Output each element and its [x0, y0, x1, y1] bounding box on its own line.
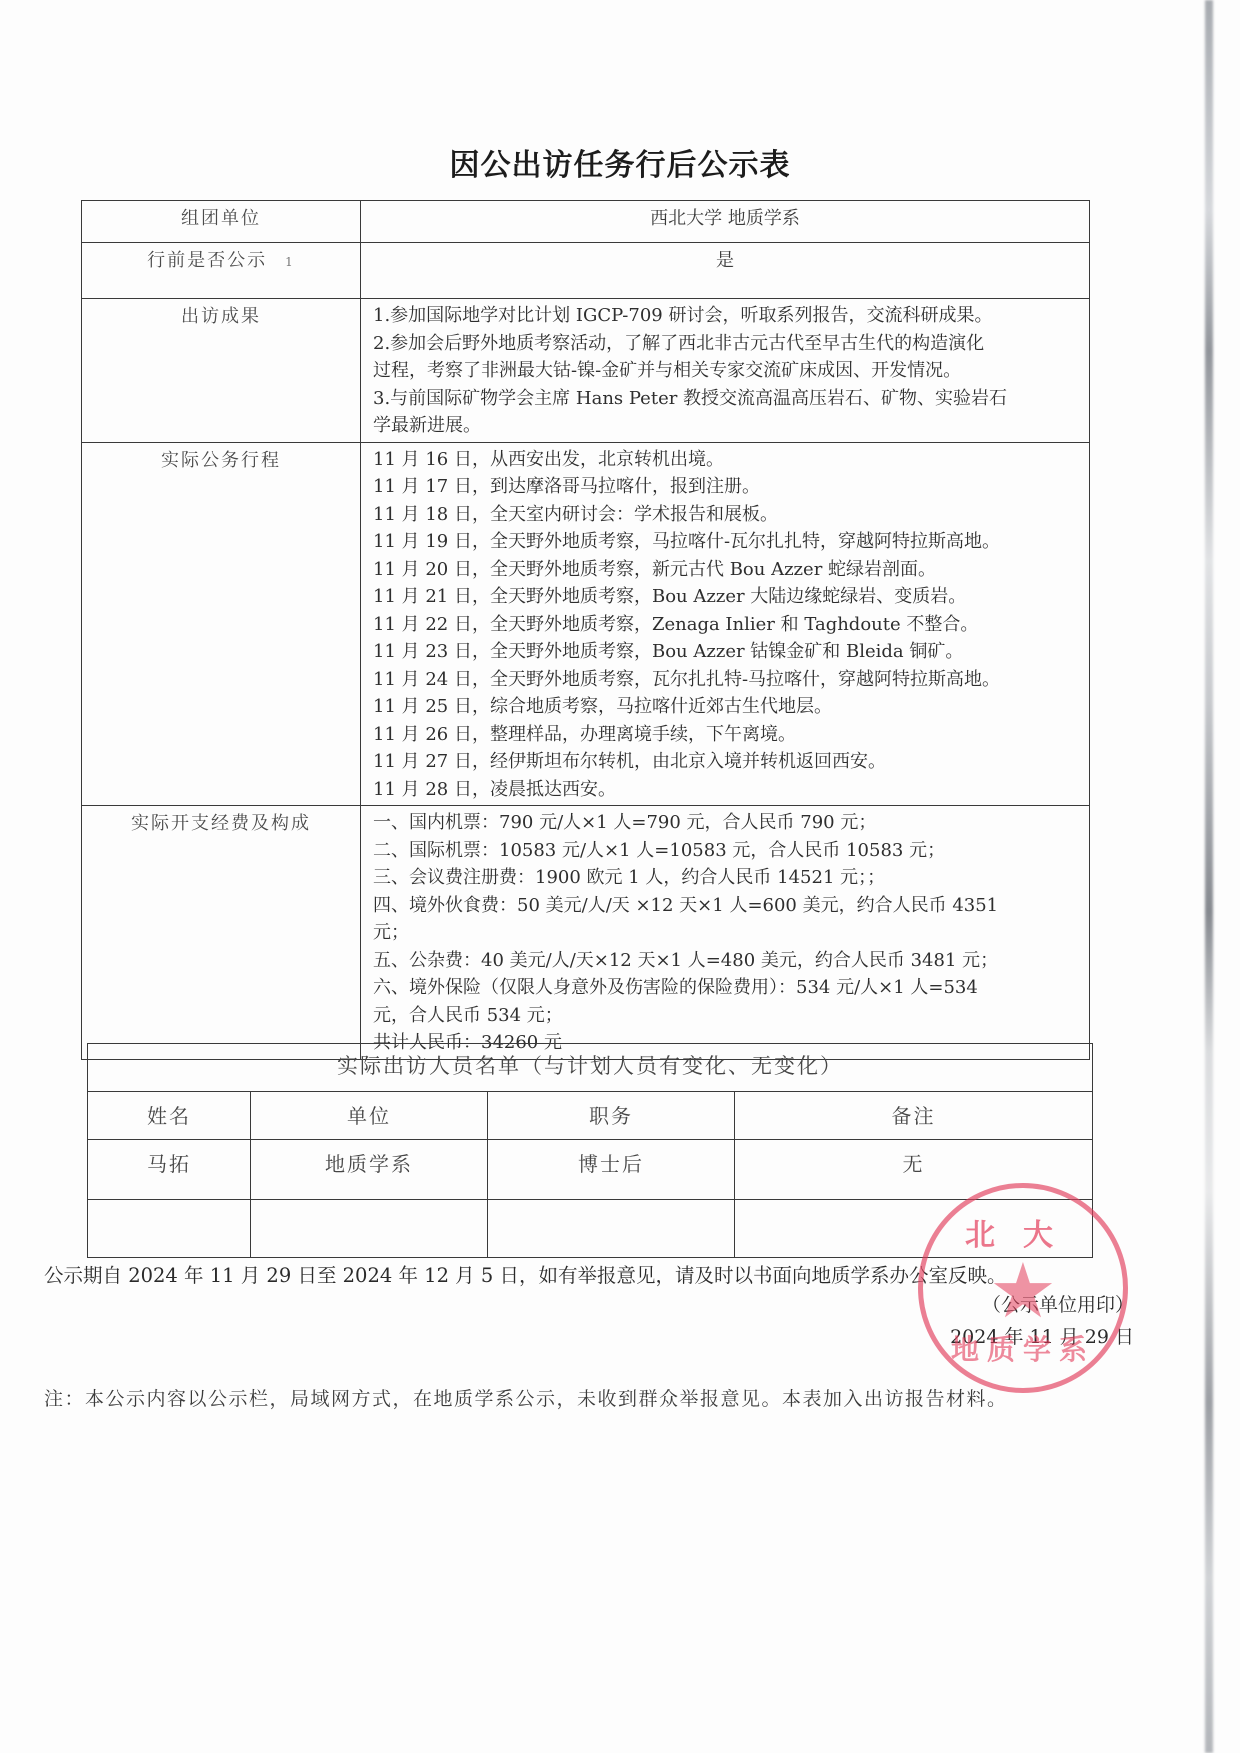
expense-line: 二、国际机票：10583 元/人×1 人=10583 元，合人民币 10583 …: [373, 837, 1079, 865]
publicity-period-notice: 公示期自 2024 年 11 月 29 日至 2024 年 12 月 5 日，如…: [44, 1260, 1184, 1288]
itinerary-line: 11 月 22 日，全天野外地质考察，Zenaga Inlier 和 Taghd…: [373, 611, 1079, 639]
group-unit-value: 西北大学 地质学系: [361, 201, 1090, 243]
column-header-unit: 单位: [251, 1092, 488, 1140]
personnel-table: 实际出访人员名单（与计划人员有变化、无变化） 姓名 单位 职务 备注 马拓 地质…: [87, 1043, 1093, 1258]
row-itinerary: 实际公务行程 11 月 16 日，从西安出发，北京转机出境。 11 月 17 日…: [82, 442, 1090, 806]
personnel-row-empty: [88, 1200, 1093, 1258]
personnel-header-row: 姓名 单位 职务 备注: [88, 1092, 1093, 1140]
row-expenses: 实际开支经费及构成 一、国内机票：790 元/人×1 人=790 元，合人民币 …: [82, 806, 1090, 1060]
document-title: 因公出访任务行后公示表: [0, 140, 1240, 184]
cell-unit: 地质学系: [251, 1140, 488, 1200]
pre-trip-publicity-value: 是: [361, 243, 1090, 299]
column-header-name: 姓名: [88, 1092, 251, 1140]
results-content: 1.参加国际地学对比计划 IGCP-709 研讨会，听取系列报告，交流科研成果。…: [361, 299, 1090, 443]
results-line: 3.与前国际矿物学会主席 Hans Peter 教授交流高温高压岩石、矿物、实验…: [373, 385, 1079, 413]
itinerary-line: 11 月 24 日，全天野外地质考察，瓦尔扎扎特-马拉喀什，穿越阿特拉斯高地。: [373, 666, 1079, 694]
results-line: 2.参加会后野外地质考察活动，了解了西北非古元古代至早古生代的构造演化: [373, 330, 1079, 358]
itinerary-content: 11 月 16 日，从西安出发，北京转机出境。 11 月 17 日，到达摩洛哥马…: [361, 442, 1090, 806]
itinerary-line: 11 月 21 日，全天野外地质考察，Bou Azzer 大陆边缘蛇绿岩、变质岩…: [373, 583, 1079, 611]
cell-unit: [251, 1200, 488, 1258]
expense-line: 三、会议费注册费：1900 欧元 1 人，约合人民币 14521 元；；: [373, 864, 1079, 892]
expense-line: 一、国内机票：790 元/人×1 人=790 元，合人民币 790 元；: [373, 809, 1079, 837]
publicity-form-table: 组团单位 西北大学 地质学系 行前是否公示1 是 出访成果 1.参加国际地学对比…: [81, 200, 1090, 1060]
expense-line: 四、境外伙食费：50 美元/人/天 ×12 天×1 人=600 美元，约合人民币…: [373, 892, 1079, 920]
expenses-content: 一、国内机票：790 元/人×1 人=790 元，合人民币 790 元； 二、国…: [361, 806, 1090, 1060]
itinerary-line: 11 月 19 日，全天野外地质考察，马拉喀什-瓦尔扎扎特，穿越阿特拉斯高地。: [373, 528, 1079, 556]
itinerary-line: 11 月 20 日，全天野外地质考察，新元古代 Bou Azzer 蛇绿岩剖面。: [373, 556, 1079, 584]
itinerary-line: 11 月 16 日，从西安出发，北京转机出境。: [373, 446, 1079, 474]
results-line: 过程，考察了非洲最大钴-镍-金矿并与相关专家交流矿床成因、开发情况。: [373, 357, 1079, 385]
results-line: 学最新进展。: [373, 412, 1079, 440]
itinerary-line: 11 月 28 日，凌晨抵达西安。: [373, 776, 1079, 804]
itinerary-label: 实际公务行程: [82, 442, 361, 806]
column-header-remarks: 备注: [735, 1092, 1093, 1140]
cell-remarks: 无: [735, 1140, 1093, 1200]
results-label: 出访成果: [82, 299, 361, 443]
personnel-row: 马拓 地质学系 博士后 无: [88, 1140, 1093, 1200]
row-group-unit: 组团单位 西北大学 地质学系: [82, 201, 1090, 243]
group-unit-label: 组团单位: [82, 201, 361, 243]
results-line: 1.参加国际地学对比计划 IGCP-709 研讨会，听取系列报告，交流科研成果。: [373, 302, 1079, 330]
stray-mark: 1: [285, 255, 295, 269]
expense-line: 元；: [373, 919, 1079, 947]
expense-line: 五、公杂费：40 美元/人/天×12 天×1 人=480 美元，约合人民币 34…: [373, 947, 1079, 975]
itinerary-line: 11 月 25 日，综合地质考察，马拉喀什近郊古生代地层。: [373, 693, 1079, 721]
row-pre-trip-publicity: 行前是否公示1 是: [82, 243, 1090, 299]
column-header-position: 职务: [488, 1092, 735, 1140]
itinerary-line: 11 月 18 日，全天室内研讨会：学术报告和展板。: [373, 501, 1079, 529]
itinerary-line: 11 月 17 日，到达摩洛哥马拉喀什，报到注册。: [373, 473, 1079, 501]
expense-line: 六、境外保险（仅限人身意外及伤害险的保险费用）：534 元/人×1 人=534: [373, 974, 1079, 1002]
footnote: 注：本公示内容以公示栏，局域网方式，在地质学系公示，未收到群众举报意见。本表加入…: [44, 1382, 1144, 1416]
cell-position: [488, 1200, 735, 1258]
personnel-heading-row: 实际出访人员名单（与计划人员有变化、无变化）: [88, 1044, 1093, 1092]
row-results: 出访成果 1.参加国际地学对比计划 IGCP-709 研讨会，听取系列报告，交流…: [82, 299, 1090, 443]
seal-date: 2024 年 11 月 29 日: [950, 1322, 1134, 1349]
expense-line: 元，合人民币 534 元；: [373, 1002, 1079, 1030]
seal-caption: （公示单位用印）: [982, 1290, 1134, 1317]
scan-edge-artifact: [1205, 0, 1213, 1753]
cell-position: 博士后: [488, 1140, 735, 1200]
cell-name: 马拓: [88, 1140, 251, 1200]
itinerary-line: 11 月 26 日，整理样品，办理离境手续，下午离境。: [373, 721, 1079, 749]
itinerary-line: 11 月 23 日，全天野外地质考察，Bou Azzer 钴镍金矿和 Bleid…: [373, 638, 1079, 666]
pre-trip-publicity-label-cell: 行前是否公示1: [82, 243, 361, 299]
expenses-label: 实际开支经费及构成: [82, 806, 361, 1060]
cell-name: [88, 1200, 251, 1258]
cell-remarks: [735, 1200, 1093, 1258]
personnel-heading: 实际出访人员名单（与计划人员有变化、无变化）: [88, 1044, 1093, 1092]
itinerary-line: 11 月 27 日，经伊斯坦布尔转机，由北京入境并转机返回西安。: [373, 748, 1079, 776]
pre-trip-publicity-label: 行前是否公示: [147, 250, 267, 271]
